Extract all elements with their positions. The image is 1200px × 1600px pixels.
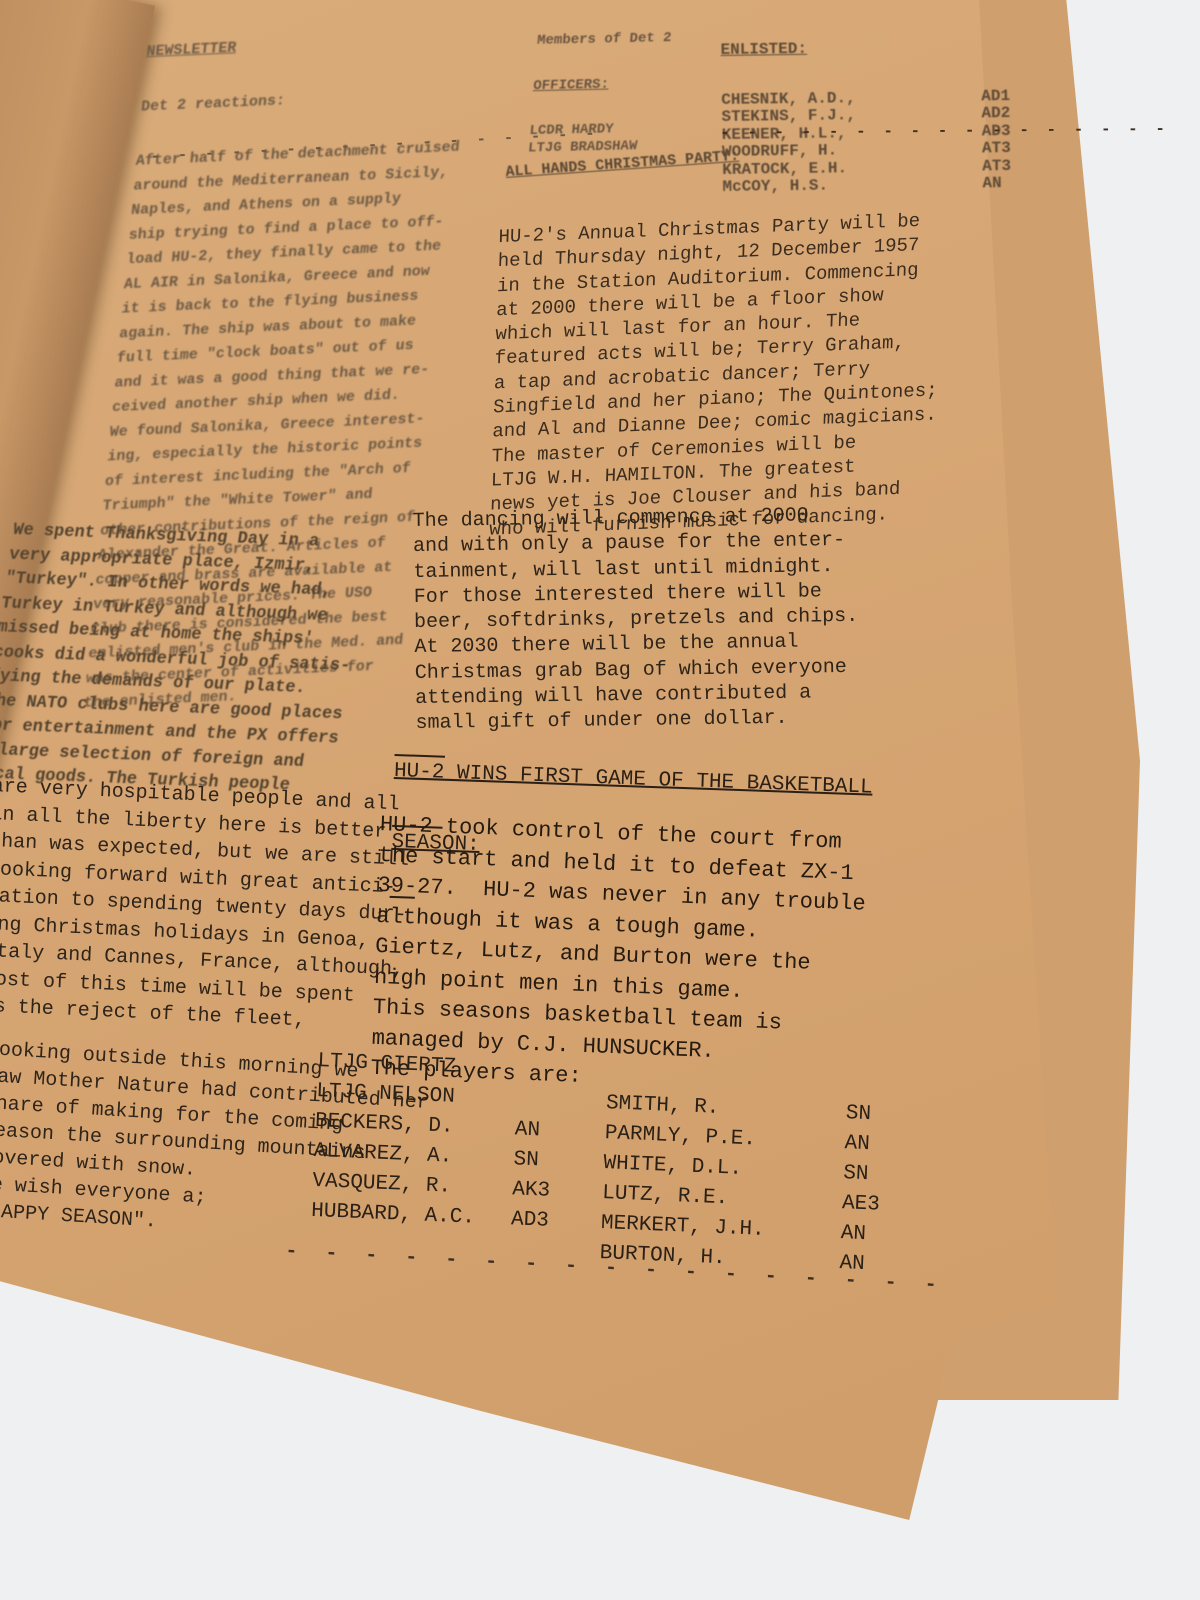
player-rate: SN: [845, 1102, 871, 1126]
player-rate: AK3: [512, 1178, 551, 1203]
player-name: SMITH, R.: [606, 1092, 720, 1120]
roster-rate: AD2: [981, 104, 1051, 121]
player-name: ALVAREZ, A.: [313, 1140, 452, 1169]
player-rate: AN: [514, 1118, 540, 1142]
separator-members: - - - - - - - - - - - - - - - - -: [720, 120, 1169, 142]
player-rate: SN: [843, 1162, 869, 1186]
officers-label: OFFICERS:: [532, 76, 668, 96]
player-name: WHITE, D.L.: [603, 1152, 742, 1181]
left-bot-lines: are very hospitable people and allin all…: [0, 777, 412, 1043]
heading-text: NEWSLETTER: [146, 39, 238, 60]
members-title: Members of Det 2: [536, 31, 672, 51]
subheading: Det 2 reactions:: [139, 85, 465, 124]
player-name: PARMLY, P.E.: [604, 1122, 756, 1151]
enlisted-label: ENLISTED:: [720, 40, 855, 59]
player-name: LTJG NELSON: [316, 1080, 455, 1109]
newsletter-heading: NEWSLETTER: [145, 30, 471, 69]
player-rate: AD3: [511, 1208, 550, 1233]
player-rate: AE3: [842, 1192, 881, 1217]
roster-rate: AN: [982, 174, 1052, 191]
roster-name: KRATOCK, E.H.: [722, 159, 847, 179]
officers-list: LCDR HARDYLTJG BRADSHAW: [527, 121, 664, 158]
player-name: VASQUEZ, R.: [312, 1170, 451, 1199]
player-name: BECKERS, D.: [315, 1110, 454, 1139]
roster-rate: AT3: [982, 139, 1052, 156]
player-rate: SN: [513, 1148, 539, 1172]
player-rate: AN: [844, 1132, 870, 1156]
page-content: NEWSLETTER Det 2 reactions: After half o…: [0, 0, 1200, 1600]
player-name: LTJG GIERTZ: [317, 1050, 456, 1079]
roster-rate: AD1: [981, 87, 1051, 104]
player-rate: AN: [840, 1222, 866, 1246]
roster-rate: AT3: [982, 157, 1052, 174]
party-late-lines: The dancing will commence at 2000and wit…: [413, 506, 860, 740]
players-list: LTJG GIERTZLTJG NELSONSMITH, R.SNBECKERS…: [310, 1050, 938, 1276]
player-name: LUTZ, R.E.: [602, 1182, 729, 1210]
